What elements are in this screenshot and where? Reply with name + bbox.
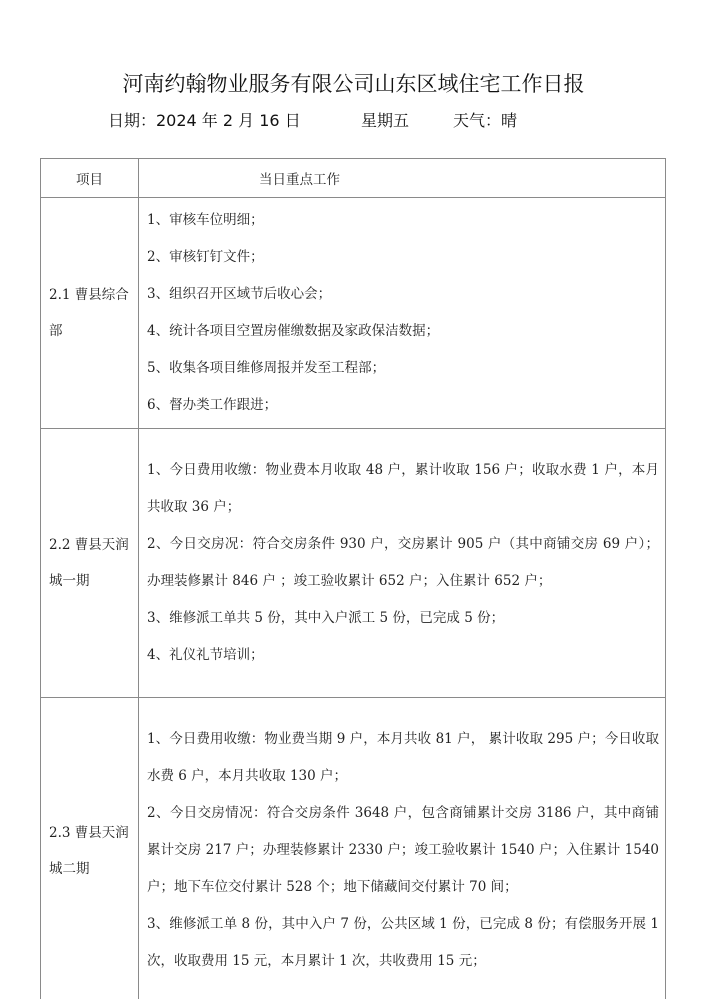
table-row: 2.1 曹县综合部 1、审核车位明细； 2、审核钉钉文件； 3、组织召开区域节后… bbox=[41, 198, 666, 429]
work-report-table: 项目 当日重点工作 2.1 曹县综合部 1、审核车位明细； 2、审核钉钉文件； … bbox=[40, 158, 666, 999]
work-item: 2、审核钉钉文件； bbox=[147, 239, 659, 276]
report-weekday: 星期五 bbox=[361, 108, 409, 131]
work-item: 3、维修派工单 8 份，其中入户 7 份，公共区域 1 份，已完成 8 份；有偿… bbox=[147, 906, 659, 980]
header-work: 当日重点工作 bbox=[139, 159, 666, 198]
work-items: 1、今日费用收缴：物业费当期 9 户，本月共收 81 户， 累计收取 295 户… bbox=[139, 698, 666, 999]
project-name: 2.1 曹县综合部 bbox=[41, 198, 139, 429]
table-header-row: 项目 当日重点工作 bbox=[41, 159, 666, 198]
work-item: 1、今日费用收缴：物业费本月收取 48 户，累计收取 156 户；收取水费 1 … bbox=[147, 452, 659, 526]
work-items: 1、审核车位明细； 2、审核钉钉文件； 3、组织召开区域节后收心会； 4、统计各… bbox=[139, 198, 666, 429]
table-row: 2.2 曹县天润城一期 1、今日费用收缴：物业费本月收取 48 户，累计收取 1… bbox=[41, 429, 666, 698]
work-items: 1、今日费用收缴：物业费本月收取 48 户，累计收取 156 户；收取水费 1 … bbox=[139, 429, 666, 698]
work-item: 2、今日交房况：符合交房条件 930 户，交房累计 905 户（其中商铺交房 6… bbox=[147, 526, 659, 600]
report-date: 日期：2024 年 2 月 16 日 bbox=[108, 108, 301, 131]
project-name: 2.2 曹县天润城一期 bbox=[41, 429, 139, 698]
work-item: 3、维修派工单共 5 份，其中入户派工 5 份，已完成 5 份； bbox=[147, 600, 659, 637]
report-weather: 天气：晴 bbox=[453, 108, 517, 131]
work-item: 6、督办类工作跟进； bbox=[147, 387, 659, 424]
work-item: 5、收集各项目维修周报并发至工程部； bbox=[147, 350, 659, 387]
work-item: 4、礼仪礼节培训； bbox=[147, 637, 659, 674]
work-item: 1、审核车位明细； bbox=[147, 202, 659, 239]
work-item: 1、今日费用收缴：物业费当期 9 户，本月共收 81 户， 累计收取 295 户… bbox=[147, 721, 659, 795]
project-name: 2.3 曹县天润城二期 bbox=[41, 698, 139, 999]
work-item: 3、组织召开区域节后收心会； bbox=[147, 276, 659, 313]
work-item: 4、统计各项目空置房催缴数据及家政保洁数据； bbox=[147, 313, 659, 350]
work-item: 2、今日交房情况：符合交房条件 3648 户，包含商铺累计交房 3186 户，其… bbox=[147, 795, 659, 906]
report-title: 河南约翰物业服务有限公司山东区域住宅工作日报 bbox=[0, 68, 707, 98]
header-item: 项目 bbox=[41, 159, 139, 198]
table-row: 2.3 曹县天润城二期 1、今日费用收缴：物业费当期 9 户，本月共收 81 户… bbox=[41, 698, 666, 999]
